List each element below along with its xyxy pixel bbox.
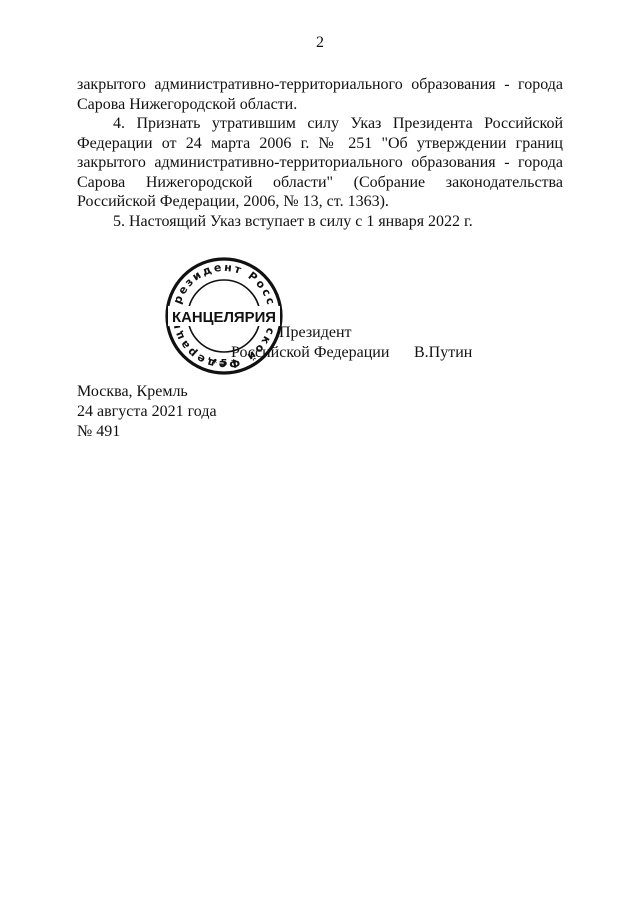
decree-footer: Москва, Кремль 24 августа 2021 года № 49… — [77, 382, 217, 442]
signatory-name: В.Путин — [414, 343, 472, 363]
text-line: 4. Признать утратившим силу Указ Президе… — [77, 114, 563, 134]
decree-number: № 491 — [77, 422, 217, 442]
text-line: 5. Настоящий Указ вступает в силу с 1 ян… — [77, 212, 563, 232]
text-line: Федерации от 24 марта 2006 г. № 251 "Об … — [77, 134, 563, 154]
decree-body: закрытого административно-территориально… — [77, 75, 563, 231]
paragraph-item-5: 5. Настоящий Указ вступает в силу с 1 ян… — [77, 212, 563, 232]
signatory-title-line2: Российской Федерации — [231, 343, 389, 363]
text-line: Российской Федерации, 2006, № 13, ст. 13… — [77, 192, 563, 212]
text-line: закрытого административно-территориально… — [77, 75, 563, 95]
signing-date: 24 августа 2021 года — [77, 402, 217, 422]
page-number: 2 — [0, 34, 640, 52]
signatory-title-line1: Президент — [279, 323, 352, 343]
paragraph-item-4: 4. Признать утратившим силу Указ Президе… — [77, 114, 563, 212]
signing-place: Москва, Кремль — [77, 382, 217, 402]
text-line: закрытого административно-территориально… — [77, 153, 563, 173]
svg-text:КАНЦЕЛЯРИЯ: КАНЦЕЛЯРИЯ — [172, 309, 276, 326]
paragraph-continuation: закрытого административно-территориально… — [77, 75, 563, 114]
text-line: Сарова Нижегородской области. — [77, 95, 563, 115]
text-line: Сарова Нижегородской области" (Собрание … — [77, 173, 563, 193]
